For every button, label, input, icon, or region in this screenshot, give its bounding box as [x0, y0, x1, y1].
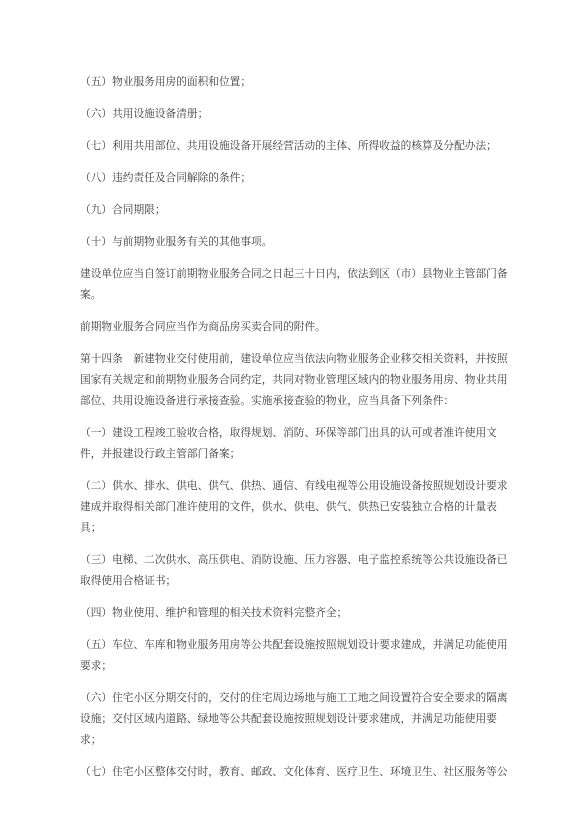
document-page: （五）物业服务用房的面积和位置； （六）共用设施设备清册； （七）利用共用部位、… — [0, 0, 580, 820]
document-text-block: （五）物业服务用房的面积和位置； （六）共用设施设备清册； （七）利用共用部位、… — [80, 72, 513, 783]
document-paragraph-truncated: （七）住宅小区整体交付时，教育、邮政、文化体育、医疗卫生、环境卫生、社区服务等公 — [80, 762, 513, 783]
document-paragraph: （十）与前期物业服务有关的其他事项。 — [80, 232, 513, 253]
document-paragraph-article-14: 第十四条 新建物业交付使用前，建设单位应当依法向物业服务企业移交相关资料，并按照… — [80, 349, 513, 412]
document-paragraph: （九）合同期限； — [80, 200, 513, 221]
document-paragraph: （六）共用设施设备清册； — [80, 104, 513, 125]
document-paragraph: （三）电梯、二次供水、高压供电、消防设施、压力容器、电子监控系统等公共设施设备已… — [80, 550, 513, 592]
document-paragraph: 前期物业服务合同应当作为商品房买卖合同的附件。 — [80, 317, 513, 338]
document-paragraph: （一）建设工程竣工验收合格，取得规划、消防、环保等部门出具的认可或者准许使用文件… — [80, 423, 513, 465]
document-paragraph: （四）物业使用、维护和管理的相关技术资料完整齐全； — [80, 603, 513, 624]
document-paragraph: （二）供水、排水、供电、供气、供热、通信、有线电视等公用设施设备按照规划设计要求… — [80, 476, 513, 539]
document-paragraph: 建设单位应当自签订前期物业服务合同之日起三十日内，依法到区（市）县物业主管部门备… — [80, 264, 513, 306]
document-paragraph: （五）物业服务用房的面积和位置； — [80, 72, 513, 93]
document-paragraph: （五）车位、车库和物业服务用房等公共配套设施按照规划设计要求建成，并满足功能使用… — [80, 635, 513, 677]
document-paragraph: （七）利用共用部位、共用设施设备开展经营活动的主体、所得收益的核算及分配办法； — [80, 136, 513, 157]
document-paragraph: （八）违约责任及合同解除的条件； — [80, 168, 513, 189]
document-paragraph: （六）住宅小区分期交付的，交付的住宅周边场地与施工工地之间设置符合安全要求的隔离… — [80, 688, 513, 751]
